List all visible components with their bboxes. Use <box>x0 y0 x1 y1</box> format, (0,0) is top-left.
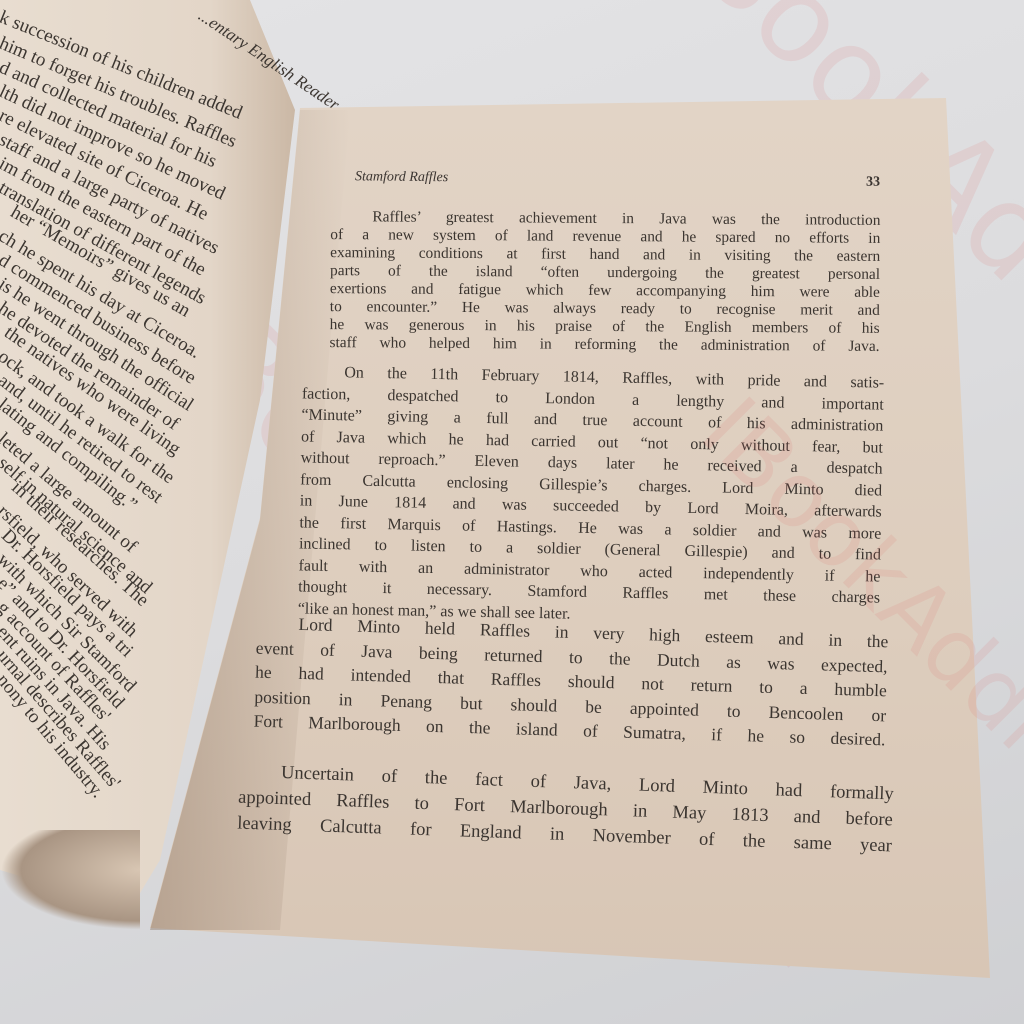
running-title: Stamford Raffles <box>355 169 448 186</box>
paragraph: Lord Minto held Raffles in very high est… <box>253 611 888 752</box>
book-photo: IBookAddiction IBookAddiction ...entary … <box>0 0 1024 1024</box>
page-curl <box>0 830 140 930</box>
page-number: 33 <box>866 175 880 191</box>
text-line: staff who helped him in reforming the ad… <box>330 334 880 356</box>
paragraph: Raffles’ greatest achievement in Java wa… <box>330 208 881 356</box>
paragraph: On the 11th February 1814, Raffles, with… <box>298 361 885 630</box>
